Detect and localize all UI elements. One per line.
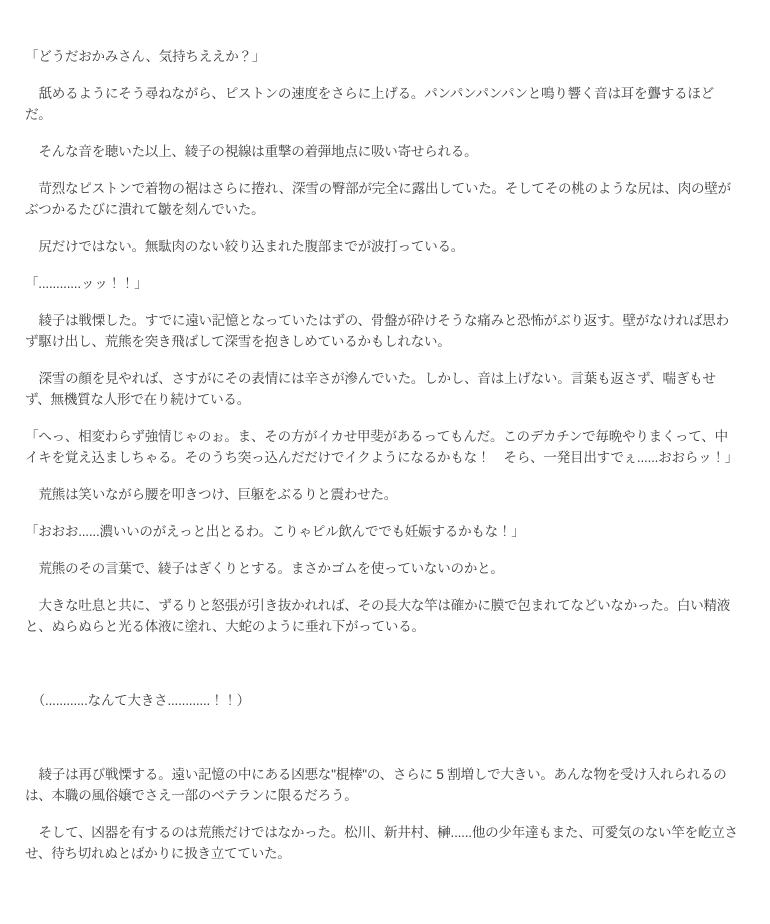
document-page: 「どうだおかみさん、気持ちええか？」舐めるようにそう尋ねながら、ピストンの速度を… <box>0 0 770 924</box>
paragraph: 「へっ、相変わらず強情じゃのぉ。ま、その方がイカせ甲斐があるってもんだ。このデカ… <box>25 426 740 468</box>
paragraph: 尻だけではない。無駄肉のない絞り込まれた腹部までが波打っている。 <box>25 236 740 257</box>
paragraph: 荒熊のその言葉で、綾子はぎくりとする。まさかゴムを使っていないのかと。 <box>25 558 740 579</box>
blank-line <box>25 727 740 748</box>
paragraph: 荒熊は笑いながら腰を叩きつけ、巨躯をぶるりと震わせた。 <box>25 484 740 505</box>
paragraph: 大きな吐息と共に、ずるりと怒張が引き抜かれれば、その長大な竿は確かに膜で包まれて… <box>25 595 740 637</box>
blank-line <box>25 653 740 674</box>
paragraph: 「............ッッ！！」 <box>25 273 740 294</box>
paragraph: 深雪の顔を見やれば、さすがにその表情には辛さが滲んでいた。しかし、音は上げない。… <box>25 368 740 410</box>
paragraph: 綾子は再び戦慄する。遠い記憶の中にある凶悪な"棍棒"の、さらに 5 割増しで大き… <box>25 764 740 806</box>
paragraph: （............なんて大きさ............！！） <box>25 690 740 711</box>
paragraph: 「どうだおかみさん、気持ちええか？」 <box>25 46 740 67</box>
paragraph: 「おおお......濃いいのがえっと出とるわ。こりゃピル飲んででも妊娠するかもな… <box>25 521 740 542</box>
paragraph: 綾子は戦慄した。すでに遠い記憶となっていたはずの、骨盤が砕けそうな痛みと恐怖がぶ… <box>25 310 740 352</box>
paragraph: 苛烈なピストンで着物の裾はさらに捲れ、深雪の臀部が完全に露出していた。そしてその… <box>25 178 740 220</box>
paragraph: そんな音を聴いた以上、綾子の視線は重撃の着弾地点に吸い寄せられる。 <box>25 141 740 162</box>
paragraph: そして、凶器を有するのは荒熊だけではなかった。松川、新井村、榊......他の少… <box>25 822 740 864</box>
paragraph: 舐めるようにそう尋ねながら、ピストンの速度をさらに上げる。パンパンパンパンと鳴り… <box>25 83 740 125</box>
paragraph-list: 「どうだおかみさん、気持ちええか？」舐めるようにそう尋ねながら、ピストンの速度を… <box>25 46 740 864</box>
